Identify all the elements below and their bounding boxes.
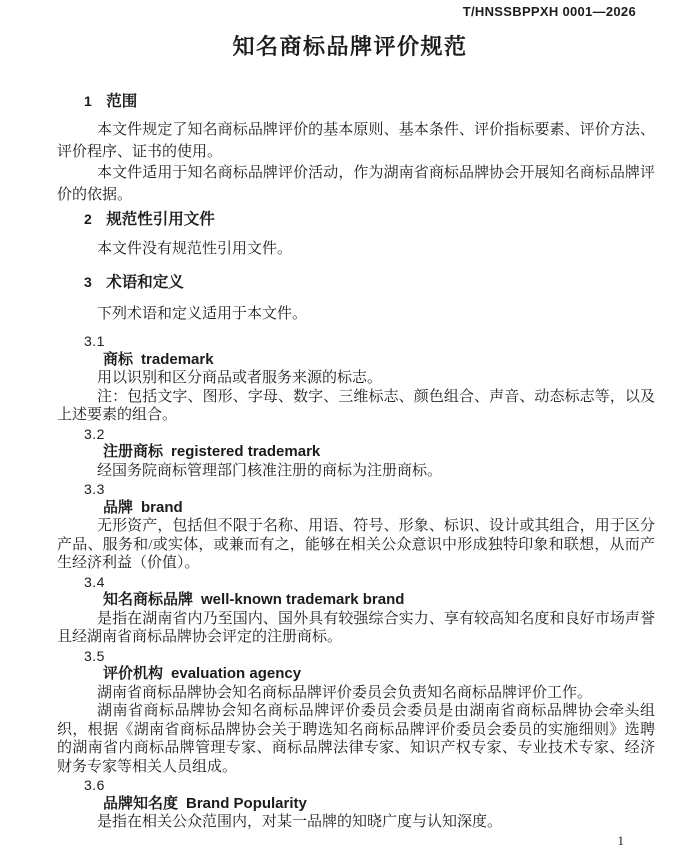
term-name-zh: 品牌知名度 — [103, 795, 178, 812]
term-name-en: registered trademark — [171, 443, 320, 460]
paragraph: 下列术语和定义适用于本文件。 — [57, 304, 655, 326]
term-entry: 3.6 品牌知名度Brand Popularity 是指在相关公众范围内，对某一… — [57, 776, 655, 832]
term-number: 3.2 — [57, 425, 655, 444]
terms-and-definitions: 3.1 商标trademark 用以识别和区分商品或者服务来源的标志。 注：包括… — [57, 332, 655, 832]
term-name-zh: 注册商标 — [103, 443, 163, 460]
term-name: 品牌brand — [57, 499, 655, 518]
term-entry: 3.1 商标trademark 用以识别和区分商品或者服务来源的标志。 注：包括… — [57, 332, 655, 425]
term-definition: 无形资产，包括但不限于名称、用语、符号、形象、标识、设计或其组合，用于区分产品、… — [57, 517, 655, 573]
page-number: 1 — [618, 834, 625, 847]
term-number: 3.1 — [57, 332, 655, 351]
term-note: 注：包括文字、图形、字母、数字、三维标志、颜色组合、声音、动态标志等，以及上述要… — [57, 388, 655, 425]
section-heading-3: 3术语和定义 — [57, 274, 655, 291]
document-body: 1范围 本文件规定了知名商标品牌评价的基本原则、基本条件、评价指标要素、评价方法… — [57, 93, 655, 832]
term-definition: 用以识别和区分商品或者服务来源的标志。 — [57, 369, 655, 388]
term-name-en: evaluation agency — [171, 665, 301, 682]
section-number: 3 — [84, 274, 92, 290]
term-entry: 3.4 知名商标品牌well-known trademark brand 是指在… — [57, 573, 655, 647]
paragraph: 本文件适用于知名商标品牌评价活动，作为湖南省商标品牌协会开展知名商标品牌评价的依… — [57, 163, 655, 206]
term-name-en: trademark — [141, 351, 214, 368]
section-label: 范围 — [106, 93, 137, 110]
term-name: 注册商标registered trademark — [57, 443, 655, 462]
term-name-zh: 商标 — [103, 351, 133, 368]
section-label: 规范性引用文件 — [106, 211, 215, 228]
section-heading-1: 1范围 — [57, 93, 655, 110]
term-definition: 湖南省商标品牌协会知名商标品牌评价委员会负责知名商标品牌评价工作。 — [57, 684, 655, 703]
term-name: 品牌知名度Brand Popularity — [57, 795, 655, 814]
term-name-zh: 评价机构 — [103, 665, 163, 682]
term-entry: 3.5 评价机构evaluation agency 湖南省商标品牌协会知名商标品… — [57, 647, 655, 777]
term-number: 3.4 — [57, 573, 655, 592]
term-number: 3.3 — [57, 480, 655, 499]
term-entry: 3.3 品牌brand 无形资产，包括但不限于名称、用语、符号、形象、标识、设计… — [57, 480, 655, 573]
term-name: 商标trademark — [57, 351, 655, 370]
standard-number: T/HNSSBPPXH 0001—2026 — [463, 4, 636, 19]
term-definition: 是指在相关公众范围内，对某一品牌的知晓广度与认知深度。 — [57, 813, 655, 832]
section-label: 术语和定义 — [106, 274, 184, 291]
term-number: 3.6 — [57, 776, 655, 795]
paragraph: 本文件没有规范性引用文件。 — [57, 239, 655, 261]
term-name-en: Brand Popularity — [186, 795, 307, 812]
term-definition: 经国务院商标管理部门核准注册的商标为注册商标。 — [57, 462, 655, 481]
term-name: 知名商标品牌well-known trademark brand — [57, 591, 655, 610]
term-entry: 3.2 注册商标registered trademark 经国务院商标管理部门核… — [57, 425, 655, 481]
term-name-zh: 知名商标品牌 — [103, 591, 193, 608]
term-definition: 是指在湖南省内乃至国内、国外具有较强综合实力、享有较高知名度和良好市场声誉且经湖… — [57, 610, 655, 647]
document-title: 知名商标品牌评价规范 — [0, 34, 700, 60]
section-number: 2 — [84, 211, 92, 227]
term-number: 3.5 — [57, 647, 655, 666]
term-name-en: brand — [141, 499, 183, 516]
term-name-zh: 品牌 — [103, 499, 133, 516]
document-page: T/HNSSBPPXH 0001—2026 知名商标品牌评价规范 1范围 本文件… — [0, 34, 700, 832]
section-heading-2: 2规范性引用文件 — [57, 211, 655, 228]
term-definition: 湖南省商标品牌协会知名商标品牌评价委员会委员是由湖南省商标品牌协会牵头组织，根据… — [57, 702, 655, 776]
paragraph: 本文件规定了知名商标品牌评价的基本原则、基本条件、评价指标要素、评价方法、评价程… — [57, 120, 655, 163]
term-name-en: well-known trademark brand — [201, 591, 404, 608]
term-name: 评价机构evaluation agency — [57, 665, 655, 684]
section-number: 1 — [84, 93, 92, 109]
